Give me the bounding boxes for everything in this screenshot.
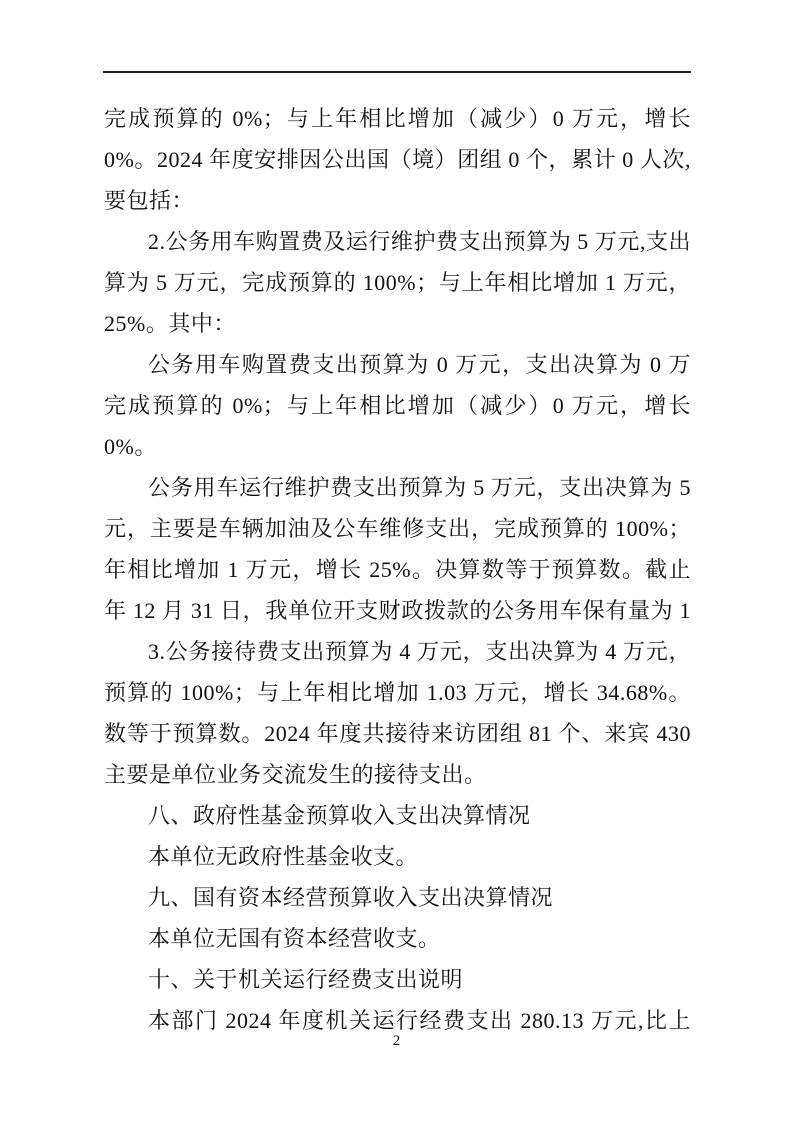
text-line: 本单位无政府性基金收支。: [104, 836, 691, 877]
text-line: 元，主要是车辆加油及公车维修支出，完成预算的 100%；与上: [104, 508, 691, 549]
text-line: 公务用车购置费支出预算为 0 万元，支出决算为 0 万元，: [104, 344, 691, 385]
document-page: 完成预算的 0%；与上年相比增加（减少）0 万元，增长（降低）0%。2024 年…: [0, 0, 793, 1122]
text-line: 3.公务接待费支出预算为 4 万元，支出决算为 4 万元，完成: [104, 631, 691, 672]
text-line: 数等于预算数。2024 年度共接待来访团组 81 个、来宾 430 人次，: [104, 713, 691, 754]
text-line: 十、关于机关运行经费支出说明: [104, 959, 691, 1000]
text-line: 八、政府性基金预算收入支出决算情况: [104, 795, 691, 836]
text-line: 0%。: [104, 426, 691, 467]
document-body: 完成预算的 0%；与上年相比增加（减少）0 万元，增长（降低）0%。2024 年…: [104, 98, 691, 1041]
header-rule: [103, 71, 691, 73]
text-line: 完成预算的 0%；与上年相比增加（减少）0 万元，增长（降低）: [104, 385, 691, 426]
text-line: 要包括：: [104, 180, 691, 221]
text-line: 0%。2024 年度安排因公出国（境）团组 0 个，累计 0 人次,主: [104, 139, 691, 180]
text-line: 算为 5 万元，完成预算的 100%；与上年相比增加 1 万元，增长: [104, 262, 691, 303]
text-line: 完成预算的 0%；与上年相比增加（减少）0 万元，增长（降低）: [104, 98, 691, 139]
text-line: 2.公务用车购置费及运行维护费支出预算为 5 万元,支出决: [104, 221, 691, 262]
text-line: 年 12 月 31 日，我单位开支财政拨款的公务用车保有量为 1 辆。: [104, 590, 691, 631]
text-line: 25%。其中：: [104, 303, 691, 344]
page-number: 2: [0, 1033, 793, 1050]
text-line: 年相比增加 1 万元，增长 25%。决算数等于预算数。截止 2024: [104, 549, 691, 590]
text-line: 预算的 100%；与上年相比增加 1.03 万元，增长 34.68%。决算: [104, 672, 691, 713]
text-line: 主要是单位业务交流发生的接待支出。: [104, 754, 691, 795]
text-line: 本单位无国有资本经营收支。: [104, 918, 691, 959]
text-line: 公务用车运行维护费支出预算为 5 万元，支出决算为 5 万: [104, 467, 691, 508]
text-line: 九、国有资本经营预算收入支出决算情况: [104, 877, 691, 918]
